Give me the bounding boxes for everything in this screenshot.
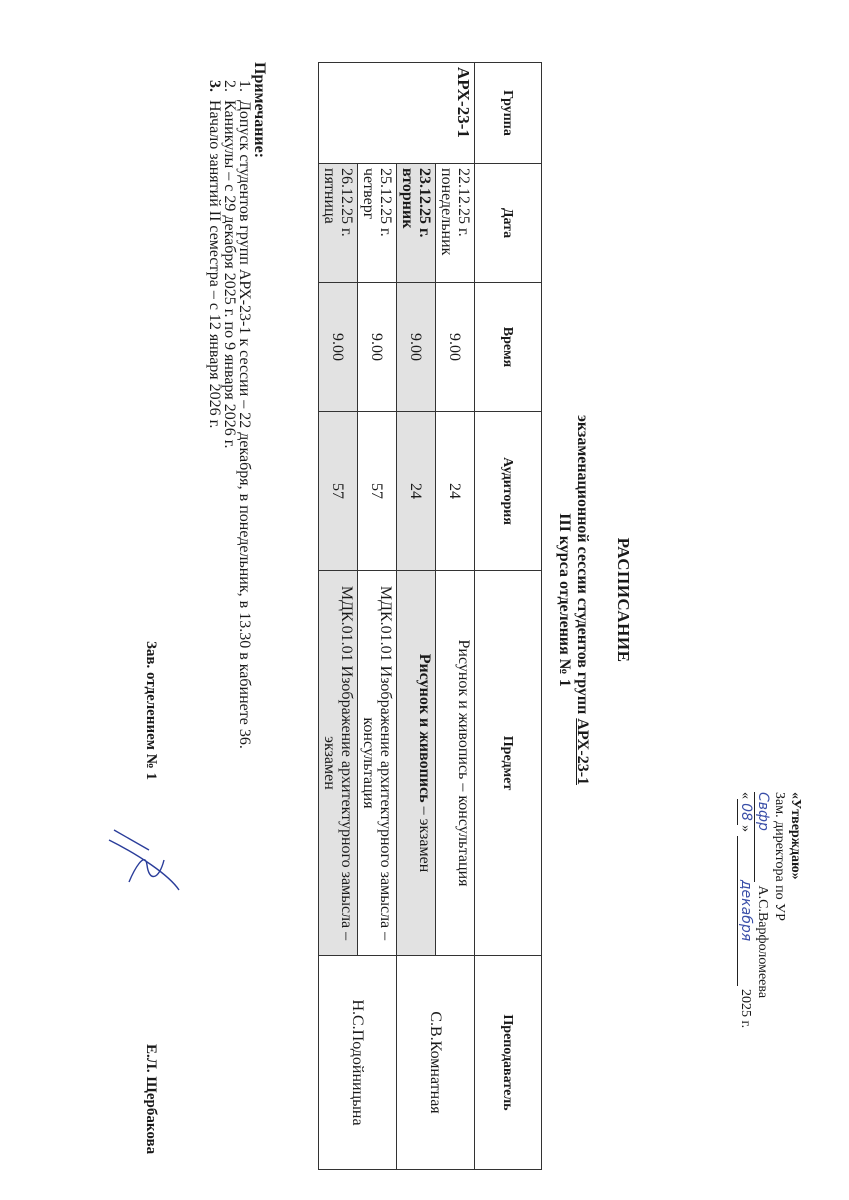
cell-date: 26.12.25 г.пятница xyxy=(319,164,358,283)
header-room: Аудитория xyxy=(475,412,542,571)
cell-time: 9.00 xyxy=(358,283,397,412)
document-page: «Утверждаю» Зам. директора по УР Свфр А.… xyxy=(0,0,849,1200)
cell-room: 24 xyxy=(397,412,436,571)
footer-name: Е.Л. Щербакова xyxy=(142,1044,159,1154)
subtitle-group: АРХ-23-1 xyxy=(574,718,591,785)
table-row: 25.12.25 г.четверг9.0057МДК.01.01 Изобра… xyxy=(358,63,397,1170)
signature-icon xyxy=(99,820,209,910)
subject-text: – экзамен xyxy=(416,803,433,873)
schedule-table: Группа Дата Время Аудитория Предмет Преп… xyxy=(318,62,542,1170)
cell-group: АРХ-23-1 xyxy=(319,63,475,164)
footer-position: Зав. отделением № 1 xyxy=(142,641,159,780)
approval-name: А.С.Варфоломеева xyxy=(755,886,770,999)
subtitle-course: III курса отделения № 1 xyxy=(555,0,573,1200)
approval-year: 2025 г. xyxy=(738,989,753,1028)
document-title: РАСПИСАНИЕ xyxy=(613,0,633,1200)
cell-time: 9.00 xyxy=(436,283,475,412)
subtitle-text: экзаменационной сессии студентов групп xyxy=(574,415,591,714)
cell-time: 9.00 xyxy=(319,283,358,412)
cell-teacher: С.В.Комнатная xyxy=(397,956,475,1170)
cell-time: 9.00 xyxy=(397,283,436,412)
cell-room: 24 xyxy=(436,412,475,571)
cell-room: 57 xyxy=(319,412,358,571)
notes-heading: Примечание: xyxy=(252,62,267,749)
cell-date: 25.12.25 г.четверг xyxy=(358,164,397,283)
weekday-value: понедельник xyxy=(438,168,455,278)
cell-subject: МДК.01.01 Изображение архитектурного зам… xyxy=(358,571,397,956)
header-teacher: Преподаватель xyxy=(475,956,542,1170)
date-value: 22.12.25 г. xyxy=(455,168,472,278)
weekday-value: пятница xyxy=(321,168,338,278)
approval-position: Зам. директора по УР xyxy=(771,792,787,1132)
subject-text: МДК.01.01 Изображение архитектурного зам… xyxy=(321,586,355,940)
approval-block: «Утверждаю» Зам. директора по УР Свфр А.… xyxy=(737,792,803,1132)
table-row: АРХ-23-122.12.25 г.понедельник9.0024Рису… xyxy=(436,63,475,1170)
cell-date: 23.12.25 г.вторник xyxy=(397,164,436,283)
approval-day: 08 xyxy=(737,799,754,825)
cell-date: 22.12.25 г.понедельник xyxy=(436,164,475,283)
header-time: Время xyxy=(475,283,542,412)
subject-bold: Рисунок и живопись xyxy=(416,654,433,803)
subject-text: МДК.01.01 Изображение архитектурного зам… xyxy=(360,586,394,940)
approval-month: декабря xyxy=(737,836,754,986)
approval-signature: Свфр xyxy=(754,792,771,882)
cell-room: 57 xyxy=(358,412,397,571)
cell-teacher: Н.С.Подойницына xyxy=(319,956,397,1170)
note-item: Каникулы – с 29 декабря 2025 г. по 9 янв… xyxy=(222,96,237,749)
date-value: 25.12.25 г. xyxy=(377,168,394,278)
subject-text: Рисунок и живопись – консультация xyxy=(455,640,472,887)
header-date: Дата xyxy=(475,164,542,283)
table-header-row: Группа Дата Время Аудитория Предмет Преп… xyxy=(475,63,542,1170)
weekday-value: четверг xyxy=(360,168,377,278)
document-subtitle: экзаменационной сессии студентов групп А… xyxy=(555,0,591,1200)
approval-label: «Утверждаю» xyxy=(787,792,803,1132)
date-value: 23.12.25 г. xyxy=(416,168,433,278)
note-item: Начало занятий II семестра – с 12 января… xyxy=(207,96,222,749)
date-value: 26.12.25 г. xyxy=(338,168,355,278)
notes-block: Примечание: Допуск студентов групп АРХ-2… xyxy=(207,62,267,749)
header-group: Группа xyxy=(475,63,542,164)
header-subject: Предмет xyxy=(475,571,542,956)
cell-subject: Рисунок и живопись – консультация xyxy=(436,571,475,956)
cell-subject: Рисунок и живопись – экзамен xyxy=(397,571,436,956)
cell-subject: МДК.01.01 Изображение архитектурного зам… xyxy=(319,571,358,956)
weekday-value: вторник xyxy=(399,168,416,278)
note-item: Допуск студентов групп АРХ-23-1 к сессии… xyxy=(237,96,252,749)
